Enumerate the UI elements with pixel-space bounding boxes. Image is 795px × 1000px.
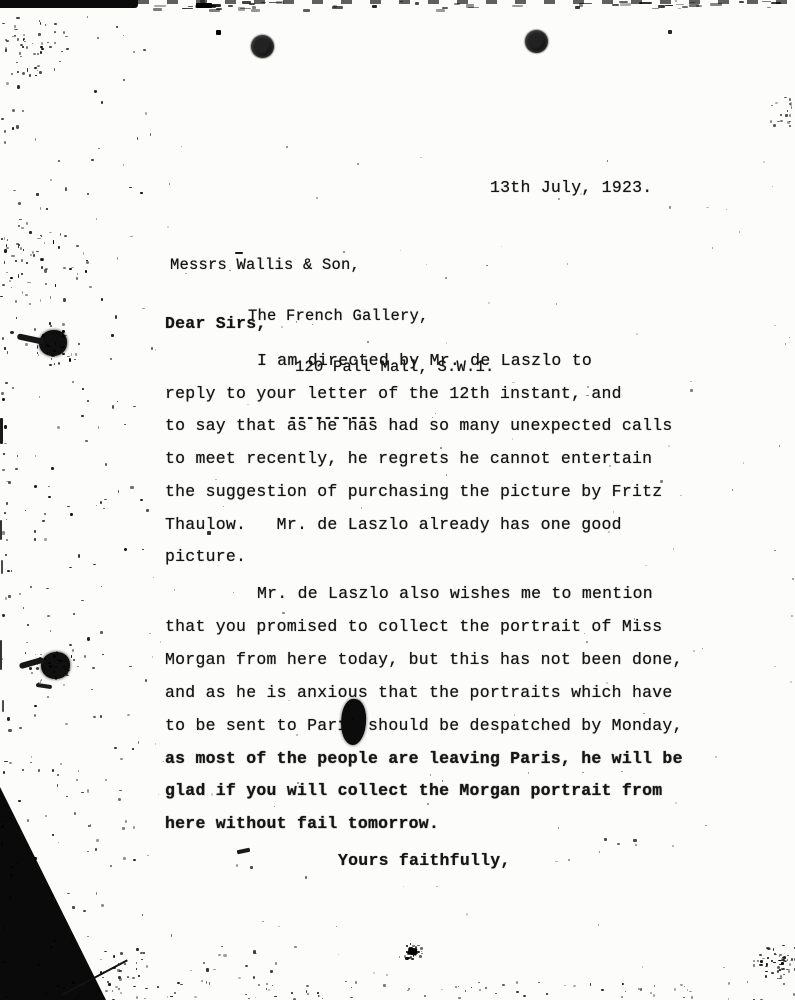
letter-line: Mr. de Laszlo also wishes me to mention — [165, 578, 683, 611]
letter-line: to be sent to Paris should be despatched… — [165, 710, 683, 743]
letter-line: picture. — [165, 541, 673, 574]
letter-line: that you promised to collect the portrai… — [165, 611, 683, 644]
letter-line: to meet recently, he regrets he cannot e… — [165, 443, 673, 476]
letter-body: 13th July, 1923. Messrs Wallis & Son, Th… — [0, 0, 795, 1000]
closing-valediction: Yours faithfully, — [338, 845, 511, 878]
letter-line: here without fail tomorrow. — [165, 808, 683, 841]
letter-line: I am directed by Mr. de Laszlo to — [165, 345, 673, 378]
letter-line: and as he is anxious that the portraits … — [165, 677, 683, 710]
letter-line: Thaulow. Mr. de Laszlo already has one g… — [165, 509, 673, 542]
paragraph-2: Mr. de Laszlo also wishes me to mentiont… — [165, 578, 683, 841]
letter-line: the suggestion of purchasing the picture… — [165, 476, 673, 509]
letter-line: as most of the people are leaving Paris,… — [165, 743, 683, 776]
recipient-name: Messrs Wallis & Son, — [170, 257, 495, 274]
letter-date: 13th July, 1923. — [490, 172, 652, 205]
letter-line: Morgan from here today, but this has not… — [165, 644, 683, 677]
letter-line: glad if you will collect the Morgan port… — [165, 775, 683, 808]
paragraph-1: I am directed by Mr. de Laszlo toreply t… — [165, 345, 673, 574]
scanned-letter-page: 13th July, 1923. Messrs Wallis & Son, Th… — [0, 0, 795, 1000]
letter-line: to say that as he has had so many unexpe… — [165, 410, 673, 443]
salutation: Dear Sirs, — [165, 308, 267, 341]
letter-line: reply to your letter of the 12th instant… — [165, 378, 673, 411]
